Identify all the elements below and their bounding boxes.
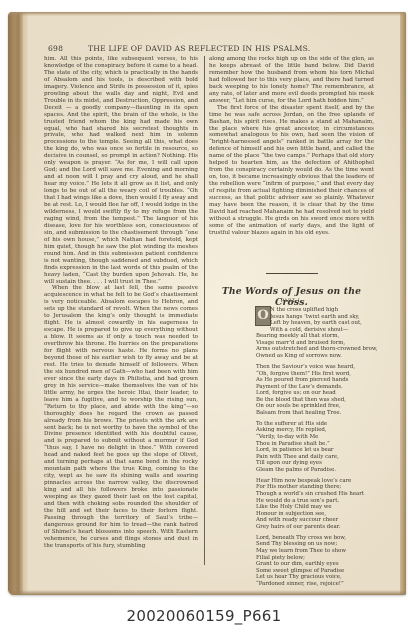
left-paragraph-2: When the blow at last fell, the same pas… [44, 285, 198, 549]
poem-stanza-4: Hear Him now bespeak love’s care For His… [256, 478, 381, 530]
right-column: along among the rocks high up on the sid… [209, 56, 374, 237]
running-header: 698 THE LIFE OF DAVID AS REFLECTED IN HI… [48, 44, 378, 54]
poem-line: Gleam the palms of Paradise. [256, 467, 381, 474]
running-title: THE LIFE OF DAVID AS REFLECTED IN HIS PS… [88, 44, 310, 53]
column-divider [204, 56, 205, 565]
poem-stanza-2: Then the Saviour’s voice was heard, “Oh,… [256, 364, 381, 416]
poem-line: Owned as King of sorrows now. [256, 353, 381, 360]
poem-stanza-5: Lord, beneath Thy cross we bow, Send Thy… [256, 535, 381, 587]
page-edge-left [8, 12, 23, 595]
poem-title: The Words of Jesus on the Cross. [209, 286, 374, 308]
page-number: 698 [48, 44, 63, 53]
poem-line: Though a world’s sin crushed His heart [256, 491, 381, 498]
right-paragraph-1: along among the rocks high up on the sid… [209, 56, 374, 105]
page-edge-top [8, 12, 406, 16]
poem-stanza-1: N the cross uplifted high Jesus hangs ’t… [256, 307, 381, 359]
poem-line: Arms outstretched and thorn-crowned brow… [256, 346, 381, 353]
left-column: him. All this points, like subsequent ve… [44, 56, 198, 550]
right-paragraph-2: The first force of the disaster spent it… [209, 105, 374, 237]
poem-line: “Pardoned sinner, rise, rejoice!” [256, 581, 381, 588]
poem-stanza-3: To the sufferer at His side Asking mercy… [256, 421, 381, 473]
page-edge-inner [23, 12, 28, 595]
left-paragraph-1: him. All this points, like subsequent ve… [44, 56, 198, 285]
page-edge-right [400, 12, 406, 595]
poem-line: Grey hairs of our parents dear. [256, 524, 381, 531]
poem-body: N the cross uplifted high Jesus hangs ’t… [256, 307, 381, 592]
poem-line: Balsam from that healing Tree. [256, 410, 381, 417]
image-caption: 20020060159_P661 [0, 607, 408, 625]
section-separator-rule [266, 273, 318, 274]
poem-part-label: PART I. [209, 299, 374, 304]
